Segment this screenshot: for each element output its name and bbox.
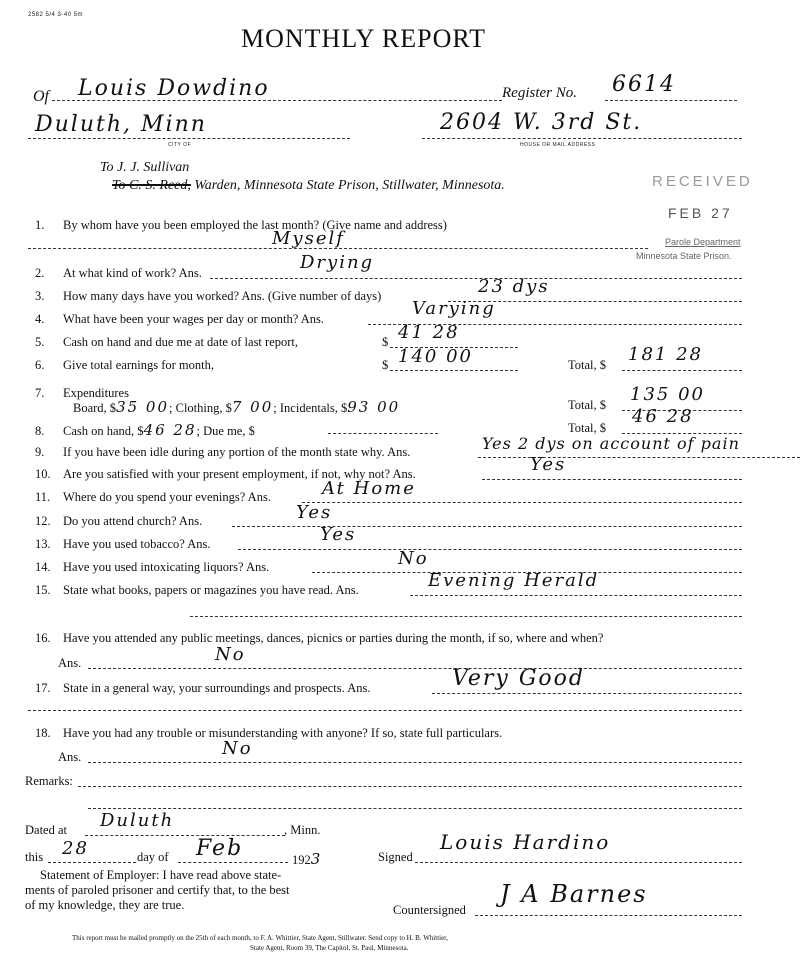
q8-text: Cash on hand, $	[63, 424, 144, 438]
q9-answer[interactable]: Yes 2 dys on account of pain	[482, 434, 740, 453]
employer-statement-2: ments of paroled prisoner and certify th…	[25, 883, 290, 898]
q3-answer[interactable]: 23 dys	[478, 276, 550, 297]
q5-answer[interactable]: 41 28	[398, 322, 460, 343]
address-caption: HOUSE OR MAIL ADDRESS	[520, 142, 595, 148]
form-code: 2582 5/4 3-40 5m	[28, 12, 83, 18]
q11-text: Where do you spend your evenings? Ans.	[63, 490, 271, 504]
q6-answer[interactable]: 140 00	[398, 346, 473, 367]
q4-number: 4.	[35, 312, 63, 327]
incidentals-value[interactable]: 93 00	[347, 398, 400, 416]
q2-number: 2.	[35, 266, 63, 281]
q6-total-label: Total, $	[568, 358, 606, 373]
due-label: ; Due me, $	[197, 424, 255, 438]
year-prefix: 192	[292, 853, 311, 867]
q14-number: 14.	[35, 560, 63, 575]
q10-number: 10.	[35, 467, 63, 482]
q9-text: If you have been idle during any portion…	[63, 445, 410, 459]
q1-number: 1.	[35, 218, 63, 233]
q3-number: 3.	[35, 289, 63, 304]
minn-label: , Minn.	[284, 823, 320, 838]
q18-ans-label: Ans.	[58, 750, 81, 765]
q11-number: 11.	[35, 490, 63, 505]
q7-total-label: Total, $	[568, 398, 606, 413]
to-line: To J. J. Sullivan	[100, 160, 189, 176]
of-label: Of	[33, 88, 49, 106]
year-suffix[interactable]: 3	[311, 850, 321, 868]
board-label: Board, $	[73, 401, 116, 415]
incidentals-label: ; Incidentals, $	[273, 401, 347, 415]
remarks-field[interactable]	[78, 786, 742, 787]
day-of-label: day of	[137, 850, 169, 865]
board-value[interactable]: 35 00	[116, 398, 169, 416]
q8-answer[interactable]: 46 28	[144, 421, 197, 439]
q17-answer[interactable]: Very Good	[452, 666, 585, 691]
q2-text: At what kind of work? Ans.	[63, 266, 202, 280]
countersigned-label: Countersigned	[393, 903, 466, 918]
q4-text: What have been your wages per day or mon…	[63, 312, 324, 326]
stamp-dept: Parole Department	[665, 237, 741, 247]
q16-number: 16.	[35, 631, 63, 646]
parolee-name[interactable]: Louis Dowdino	[78, 76, 270, 101]
q5-dollar: $	[382, 335, 388, 350]
q1-answer[interactable]: Myself	[272, 228, 345, 249]
address-field[interactable]: 2604 W. 3rd St.	[440, 110, 642, 135]
q18-number: 18.	[35, 726, 63, 741]
received-stamp: RECEIVED	[652, 173, 753, 190]
signed-label: Signed	[378, 850, 413, 865]
clothing-label: ; Clothing, $	[169, 401, 232, 415]
q13-number: 13.	[35, 537, 63, 552]
q12-text: Do you attend church? Ans.	[63, 514, 202, 528]
q18-text: Have you had any trouble or misunderstan…	[63, 726, 502, 740]
q9-number: 9.	[35, 445, 63, 460]
q14-answer[interactable]: No	[398, 548, 429, 569]
q17-text: State in a general way, your surrounding…	[63, 681, 370, 695]
q16-text: Have you attended any public meetings, d…	[63, 631, 603, 645]
q2-answer[interactable]: Drying	[300, 252, 374, 273]
q16-ans-label: Ans.	[58, 656, 81, 671]
q5-number: 5.	[35, 335, 63, 350]
q6-dollar: $	[382, 358, 388, 373]
month-value[interactable]: Feb	[196, 836, 243, 861]
warden-line: Warden, Minnesota State Prison, Stillwat…	[194, 178, 504, 193]
countersignature[interactable]: J A Barnes	[500, 880, 648, 908]
register-number[interactable]: 6614	[612, 72, 676, 97]
q6-total[interactable]: 181 28	[628, 344, 703, 365]
q12-number: 12.	[35, 514, 63, 529]
q12-answer[interactable]: Yes	[296, 502, 332, 523]
q7-total[interactable]: 135 00	[630, 384, 705, 405]
day-value[interactable]: 28	[62, 838, 89, 859]
mailing-note-2: State Agent, Room 39, The Capitol, St. P…	[250, 944, 409, 952]
page-title: MONTHLY REPORT	[241, 24, 486, 54]
employer-statement-1: Statement of Employer: I have read above…	[40, 868, 281, 883]
register-label: Register No.	[502, 85, 577, 102]
q4-answer[interactable]: Varying	[412, 298, 496, 319]
stamp-date: FEB 27	[668, 205, 733, 221]
q15-text: State what books, papers or magazines yo…	[63, 583, 359, 597]
city-field[interactable]: Duluth, Minn	[35, 112, 207, 137]
q1-text: By whom have you been employed the last …	[63, 218, 447, 232]
q13-text: Have you used tobacco? Ans.	[63, 537, 211, 551]
q11-answer[interactable]: At Home	[322, 478, 416, 499]
signature[interactable]: Louis Hardino	[440, 830, 610, 854]
this-label: this	[25, 850, 43, 865]
q6-text: Give total earnings for month,	[63, 358, 214, 372]
dated-label: Dated at	[25, 823, 67, 838]
q5-text: Cash on hand and due me at date of last …	[63, 335, 298, 349]
q13-answer[interactable]: Yes	[320, 524, 356, 545]
q17-number: 17.	[35, 681, 63, 696]
remarks-label: Remarks:	[25, 774, 73, 789]
q8-total[interactable]: 46 28	[632, 406, 694, 427]
q6-number: 6.	[35, 358, 63, 373]
q7-number: 7.	[35, 386, 63, 401]
q8-number: 8.	[35, 424, 63, 439]
dated-place[interactable]: Duluth	[100, 810, 174, 831]
city-caption: CITY OF	[168, 142, 191, 148]
clothing-value[interactable]: 7 00	[232, 398, 273, 416]
struck-name: To C. S. Reed,	[112, 178, 191, 193]
q18-answer[interactable]: No	[222, 738, 253, 759]
q15-number: 15.	[35, 583, 63, 598]
mailing-note-1: This report must be mailed promptly on t…	[72, 934, 448, 942]
q10-answer[interactable]: Yes	[530, 454, 566, 475]
q15-answer[interactable]: Evening Herald	[428, 570, 599, 591]
q3-text: How many days have you worked? Ans. (Giv…	[63, 289, 381, 303]
employer-statement-3: of my knowledge, they are true.	[25, 898, 184, 913]
q14-text: Have you used intoxicating liquors? Ans.	[63, 560, 269, 574]
stamp-institution: Minnesota State Prison.	[636, 251, 732, 261]
q16-answer[interactable]: No	[215, 644, 246, 665]
